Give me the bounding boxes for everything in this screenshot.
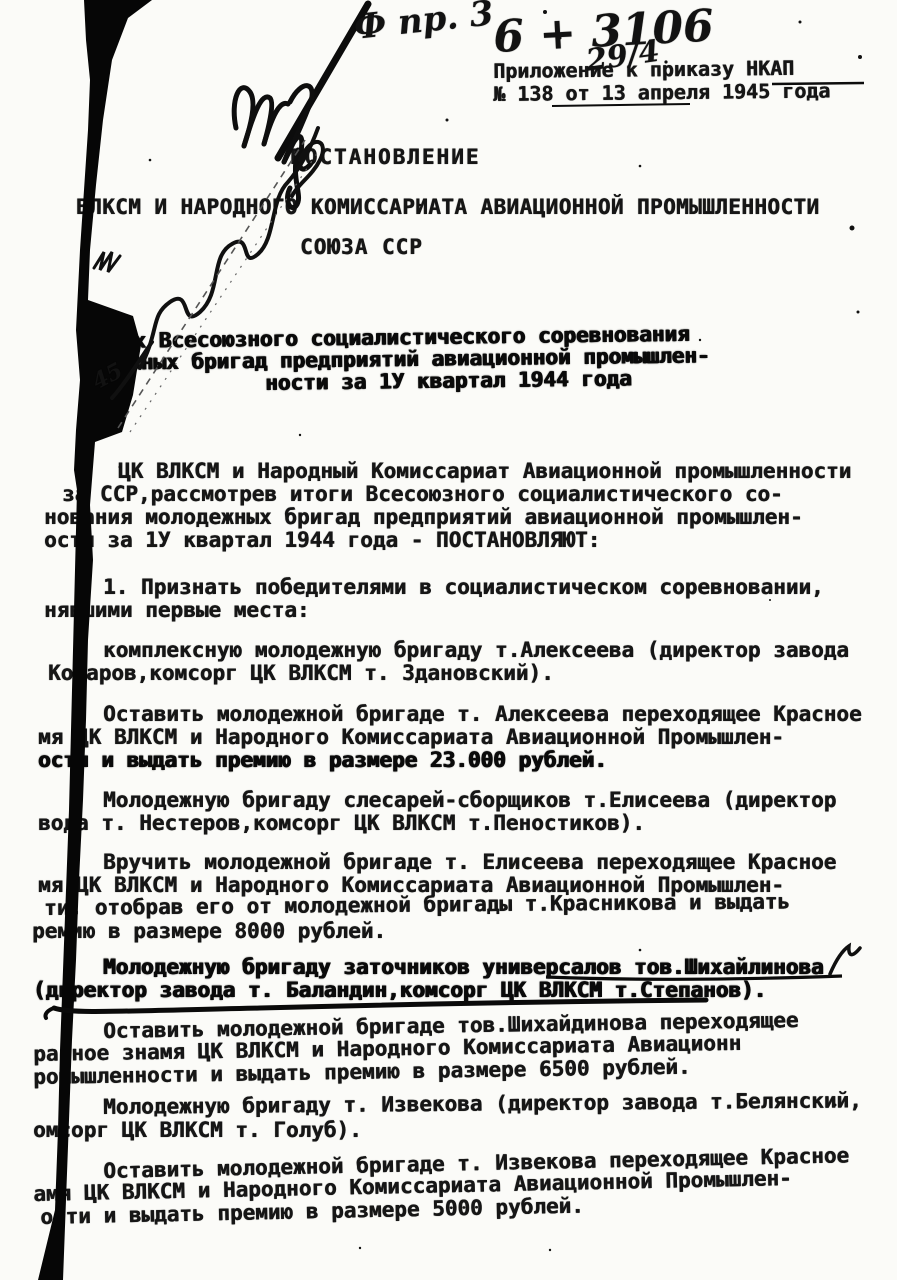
document-line: Молодежную бригаду т. Извекова (директор… — [103, 1089, 862, 1119]
document-line: Вручить молодежной бригаде т. Елисеева п… — [103, 851, 836, 874]
subject-line: ности за 1У квартал 1944 года — [265, 368, 632, 395]
handwritten-stamp-code: Ф пр. 3 — [352, 0, 495, 48]
document-line: ти, отобрав его от молодежной бригады т.… — [44, 890, 790, 920]
document-line: мя ЦК ВЛКСМ и Народного Комиссариата Ави… — [38, 726, 784, 749]
document-line: ЦК ВЛКСМ и Народный Комиссариат Авиацион… — [118, 460, 851, 483]
document-line: Оставить молодежной бригаде т. Алексеева… — [103, 703, 862, 726]
document-line: (директор завода т. Баландин,комсорг ЦК … — [33, 979, 766, 1002]
document-line: ости и выдать премию в размере 23.000 ру… — [38, 749, 607, 772]
document-line: Комаров,комсорг ЦК ВЛКСМ т. Здановский). — [48, 662, 554, 685]
document-line: вода т. Нестеров,комсорг ЦК ВЛКСМ т.Пено… — [38, 812, 645, 835]
document-line: комплексную молодежную бригаду т.Алексее… — [103, 639, 849, 662]
document-line: омсорг ЦК ВЛКСМ т. Голуб). — [33, 1119, 362, 1142]
document-line: Молодежную бригаду слесарей-сборщиков т.… — [103, 789, 836, 812]
check-mark — [830, 946, 860, 974]
document-line: за ССР,рассмотрев итоги Всесоюзного соци… — [62, 483, 783, 506]
scanned-document-page: Ф пр. 3 6 + 3106 29/4 45 Приложение к пр… — [0, 0, 897, 1280]
underline-stroke — [45, 1008, 54, 1018]
document-title: ПОСТАНОВЛЕНИЕ — [290, 146, 480, 169]
document-line: 1. Признать победителями в социалистичес… — [103, 576, 824, 599]
document-subtitle-line2: СОЮЗА ССР — [300, 236, 423, 259]
document-subtitle-line1: ВЛКСМ И НАРОДНОГО КОМИССАРИАТА АВИАЦИОНН… — [76, 196, 819, 219]
document-line: Молодежную бригаду заточников универсало… — [103, 956, 824, 979]
document-line: ремию в размере 8000 рублей. — [32, 920, 386, 943]
document-line: ости за 1У квартал 1944 года - ПОСТАНОВЛ… — [44, 529, 600, 552]
appendix-org: НКАП — [746, 56, 794, 81]
document-line: нования молодежных бригад предприятий ав… — [44, 506, 803, 529]
document-line: нявшими первые места: — [44, 599, 310, 622]
appendix-reference-line2: № 138 от 13 апреля 1945 года — [493, 79, 830, 106]
